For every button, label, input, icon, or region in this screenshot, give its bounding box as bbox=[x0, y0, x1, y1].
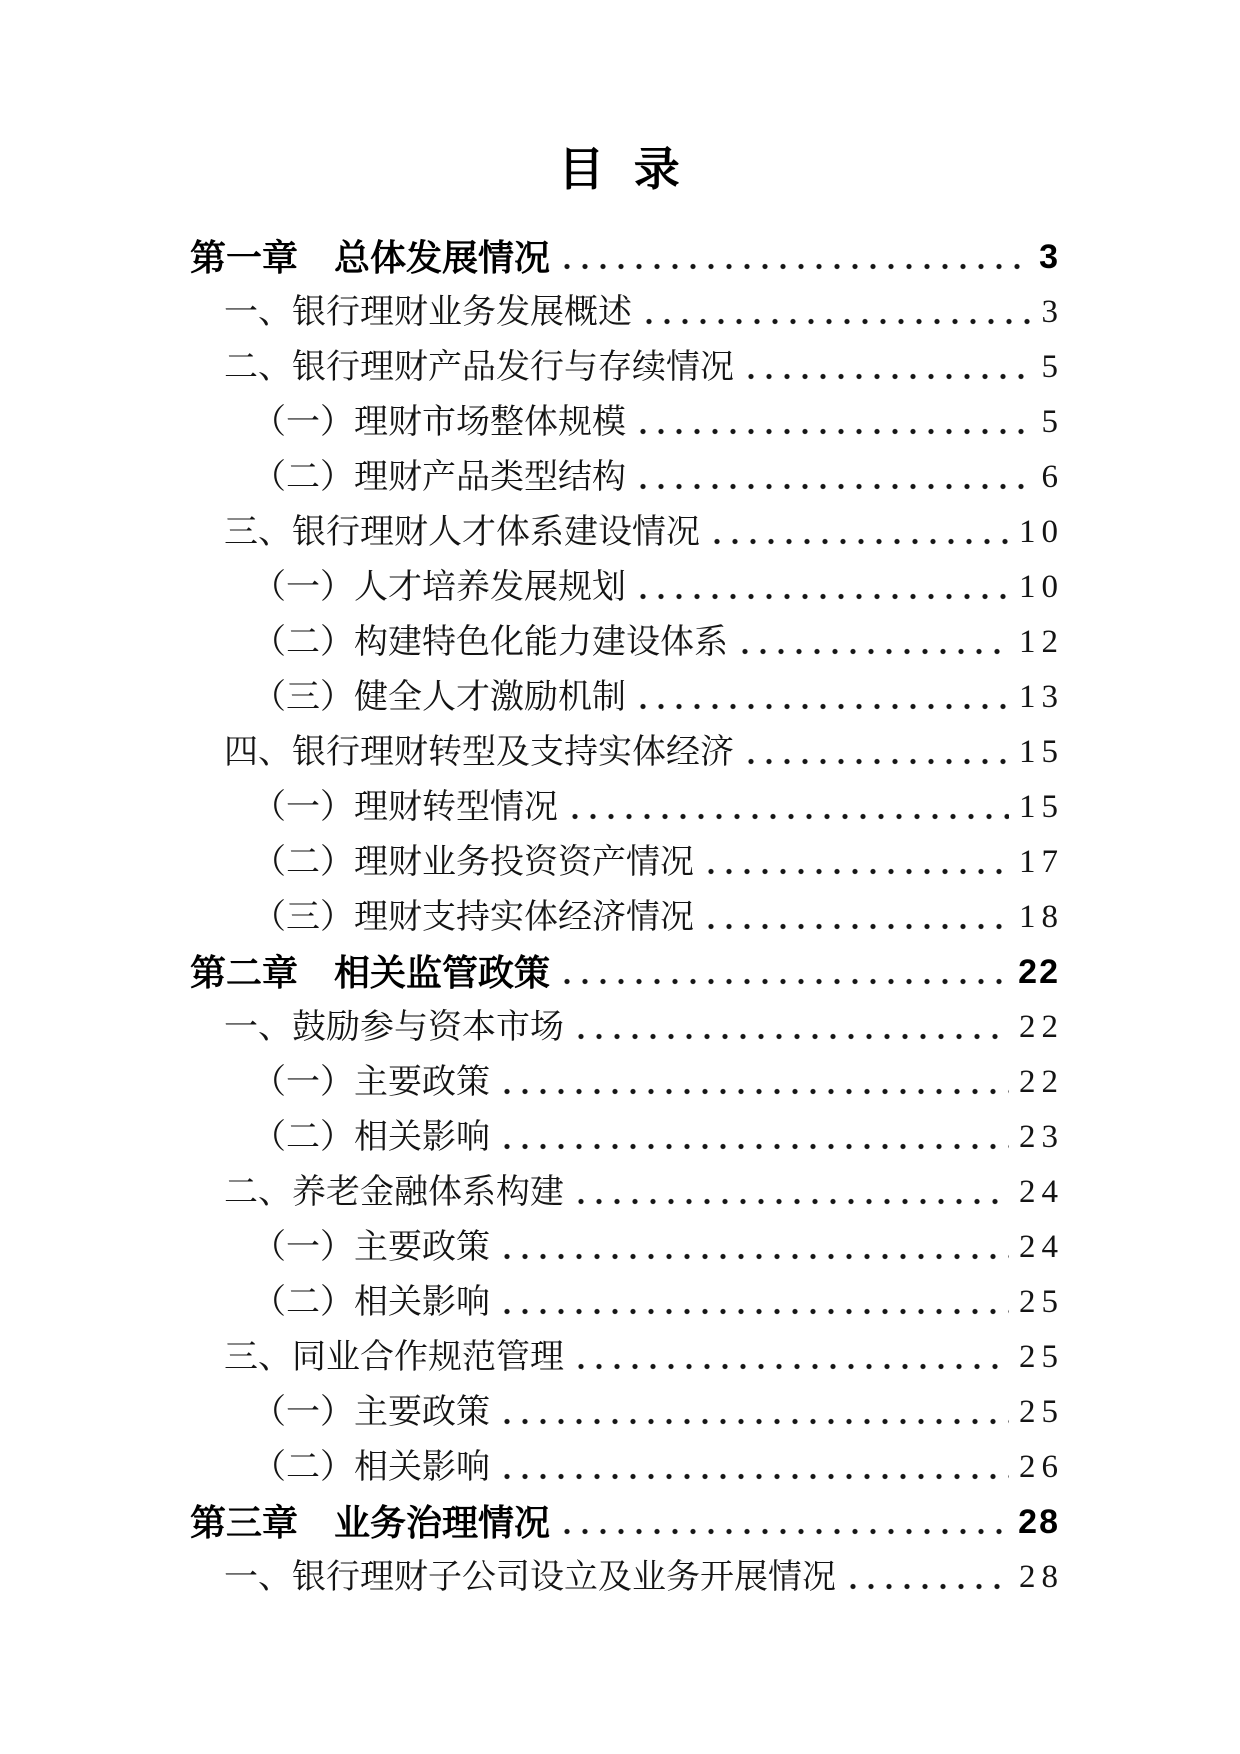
toc-entry[interactable]: 一、银行理财业务发展概述 3 bbox=[190, 285, 1058, 340]
toc-entry[interactable]: 三、银行理财人才体系建设情况 10 bbox=[190, 505, 1058, 560]
toc-leader-dots bbox=[572, 1363, 1009, 1370]
toc-entry[interactable]: 第一章 总体发展情况 3 bbox=[190, 230, 1058, 285]
toc-entry[interactable]: （一）主要政策 25 bbox=[190, 1385, 1058, 1440]
toc-entry-label: （二）理财业务投资资产情况 bbox=[252, 835, 694, 890]
toc-leader-dots bbox=[634, 703, 1009, 710]
toc-entry-page: 3 bbox=[1039, 230, 1060, 285]
toc-entry[interactable]: （二）理财业务投资资产情况 17 bbox=[190, 835, 1058, 890]
toc-leader-dots bbox=[702, 923, 1009, 930]
toc-entry-label: 第一章 总体发展情况 bbox=[190, 230, 550, 285]
toc-entry-label: 一、银行理财子公司设立及业务开展情况 bbox=[224, 1550, 836, 1605]
toc-entry-page: 22 bbox=[1019, 1055, 1064, 1110]
toc-leader-dots bbox=[498, 1253, 1009, 1260]
toc-entry-label: 一、银行理财业务发展概述 bbox=[224, 285, 632, 340]
toc-leader-dots bbox=[708, 538, 1009, 545]
toc-entry-page: 26 bbox=[1019, 1440, 1064, 1495]
toc-entry-label: （二）构建特色化能力建设体系 bbox=[252, 615, 728, 670]
toc-entry-label: 四、银行理财转型及支持实体经济 bbox=[224, 725, 734, 780]
toc-leader-dots bbox=[844, 1583, 1009, 1590]
toc-entry-label: 第二章 相关监管政策 bbox=[190, 945, 550, 1000]
toc-entry[interactable]: （一）人才培养发展规划 10 bbox=[190, 560, 1058, 615]
toc-entry-page: 6 bbox=[1041, 450, 1063, 505]
toc-leader-dots bbox=[498, 1473, 1009, 1480]
toc-entry-label: 三、银行理财人才体系建设情况 bbox=[224, 505, 700, 560]
toc-leader-dots bbox=[634, 428, 1031, 435]
toc-entry-page: 10 bbox=[1019, 505, 1064, 560]
toc-entry[interactable]: （二）构建特色化能力建设体系 12 bbox=[190, 615, 1058, 670]
toc-entry[interactable]: 第二章 相关监管政策 22 bbox=[190, 945, 1058, 1000]
toc-entry-label: （二）理财产品类型结构 bbox=[252, 450, 626, 505]
toc-entry[interactable]: 一、银行理财子公司设立及业务开展情况 28 bbox=[190, 1550, 1058, 1605]
toc-entry[interactable]: （一）主要政策 22 bbox=[190, 1055, 1058, 1110]
toc-leader-dots bbox=[558, 263, 1029, 270]
toc-entry[interactable]: 三、同业合作规范管理 25 bbox=[190, 1330, 1058, 1385]
toc-leader-dots bbox=[558, 978, 1008, 985]
toc-entry-label: （二）相关影响 bbox=[252, 1275, 490, 1330]
toc-entry-page: 5 bbox=[1041, 340, 1063, 395]
toc-leader-dots bbox=[498, 1143, 1009, 1150]
toc-entry-label: 二、银行理财产品发行与存续情况 bbox=[224, 340, 734, 395]
toc-entry-label: 一、鼓励参与资本市场 bbox=[224, 1000, 564, 1055]
toc-entry-page: 24 bbox=[1019, 1165, 1064, 1220]
toc-entry-label: （一）主要政策 bbox=[252, 1385, 490, 1440]
toc-leader-dots bbox=[498, 1418, 1009, 1425]
toc-entry-page: 15 bbox=[1019, 725, 1064, 780]
toc-leader-dots bbox=[736, 648, 1009, 655]
toc-leader-dots bbox=[634, 593, 1009, 600]
toc-entry-label: （一）人才培养发展规划 bbox=[252, 560, 626, 615]
toc-entry-label: （一）主要政策 bbox=[252, 1220, 490, 1275]
toc-entry-label: （二）相关影响 bbox=[252, 1440, 490, 1495]
page-title: 目 录 bbox=[0, 0, 1240, 202]
toc-entry-page: 10 bbox=[1019, 560, 1064, 615]
toc-entry-page: 23 bbox=[1019, 1110, 1064, 1165]
toc-entry-label: （二）相关影响 bbox=[252, 1110, 490, 1165]
toc-entry[interactable]: （一）主要政策 24 bbox=[190, 1220, 1058, 1275]
toc-entry[interactable]: （二）相关影响 26 bbox=[190, 1440, 1058, 1495]
toc-entry-page: 13 bbox=[1019, 670, 1064, 725]
toc-entry[interactable]: （二）相关影响 23 bbox=[190, 1110, 1058, 1165]
toc-entry-label: 二、养老金融体系构建 bbox=[224, 1165, 564, 1220]
toc-entry[interactable]: （三）健全人才激励机制 13 bbox=[190, 670, 1058, 725]
toc-leader-dots bbox=[742, 373, 1031, 380]
toc-entry-page: 3 bbox=[1041, 285, 1063, 340]
toc-entry[interactable]: （一）理财转型情况 15 bbox=[190, 780, 1058, 835]
toc-entry[interactable]: 二、银行理财产品发行与存续情况 5 bbox=[190, 340, 1058, 395]
toc-leader-dots bbox=[498, 1088, 1009, 1095]
toc-entry[interactable]: （二）相关影响 25 bbox=[190, 1275, 1058, 1330]
toc-entry-page: 22 bbox=[1018, 945, 1060, 1000]
toc-entry[interactable]: （三）理财支持实体经济情况 18 bbox=[190, 890, 1058, 945]
toc-entry-page: 17 bbox=[1019, 835, 1064, 890]
toc-entry-page: 22 bbox=[1019, 1000, 1064, 1055]
toc-entry-page: 12 bbox=[1019, 615, 1064, 670]
toc-leader-dots bbox=[566, 813, 1009, 820]
toc-leader-dots bbox=[742, 758, 1009, 765]
toc-entry-page: 15 bbox=[1019, 780, 1064, 835]
document-page: 目 录 第一章 总体发展情况 3 一、银行理财业务发展概述 3 二、银行理财产品… bbox=[0, 0, 1240, 1754]
toc-entry[interactable]: 四、银行理财转型及支持实体经济 15 bbox=[190, 725, 1058, 780]
toc-entry[interactable]: 二、养老金融体系构建 24 bbox=[190, 1165, 1058, 1220]
toc-leader-dots bbox=[634, 483, 1031, 490]
toc-leader-dots bbox=[558, 1528, 1008, 1535]
toc-entry-page: 28 bbox=[1019, 1550, 1064, 1605]
toc-entry-label: （三）健全人才激励机制 bbox=[252, 670, 626, 725]
toc-entry-page: 25 bbox=[1019, 1330, 1064, 1385]
toc-entry-page: 25 bbox=[1019, 1275, 1064, 1330]
toc-entry[interactable]: （一）理财市场整体规模 5 bbox=[190, 395, 1058, 450]
toc-entry-label: （一）主要政策 bbox=[252, 1055, 490, 1110]
toc-entry-page: 28 bbox=[1018, 1495, 1060, 1550]
toc-entry[interactable]: 第三章 业务治理情况 28 bbox=[190, 1495, 1058, 1550]
toc-leader-dots bbox=[640, 318, 1031, 325]
toc-entry-page: 18 bbox=[1019, 890, 1064, 945]
toc-entry-label: （三）理财支持实体经济情况 bbox=[252, 890, 694, 945]
toc-entry-label: （一）理财市场整体规模 bbox=[252, 395, 626, 450]
toc-leader-dots bbox=[572, 1033, 1009, 1040]
toc-entry-label: （一）理财转型情况 bbox=[252, 780, 558, 835]
toc-leader-dots bbox=[498, 1308, 1009, 1315]
toc-leader-dots bbox=[702, 868, 1009, 875]
toc-entry-label: 三、同业合作规范管理 bbox=[224, 1330, 564, 1385]
toc-entry[interactable]: 一、鼓励参与资本市场 22 bbox=[190, 1000, 1058, 1055]
toc-entry-page: 24 bbox=[1019, 1220, 1064, 1275]
toc-entry-page: 25 bbox=[1019, 1385, 1064, 1440]
toc-entry-label: 第三章 业务治理情况 bbox=[190, 1495, 550, 1550]
table-of-contents: 第一章 总体发展情况 3 一、银行理财业务发展概述 3 二、银行理财产品发行与存… bbox=[190, 230, 1058, 1605]
toc-leader-dots bbox=[572, 1198, 1009, 1205]
toc-entry-page: 5 bbox=[1041, 395, 1063, 450]
toc-entry[interactable]: （二）理财产品类型结构 6 bbox=[190, 450, 1058, 505]
